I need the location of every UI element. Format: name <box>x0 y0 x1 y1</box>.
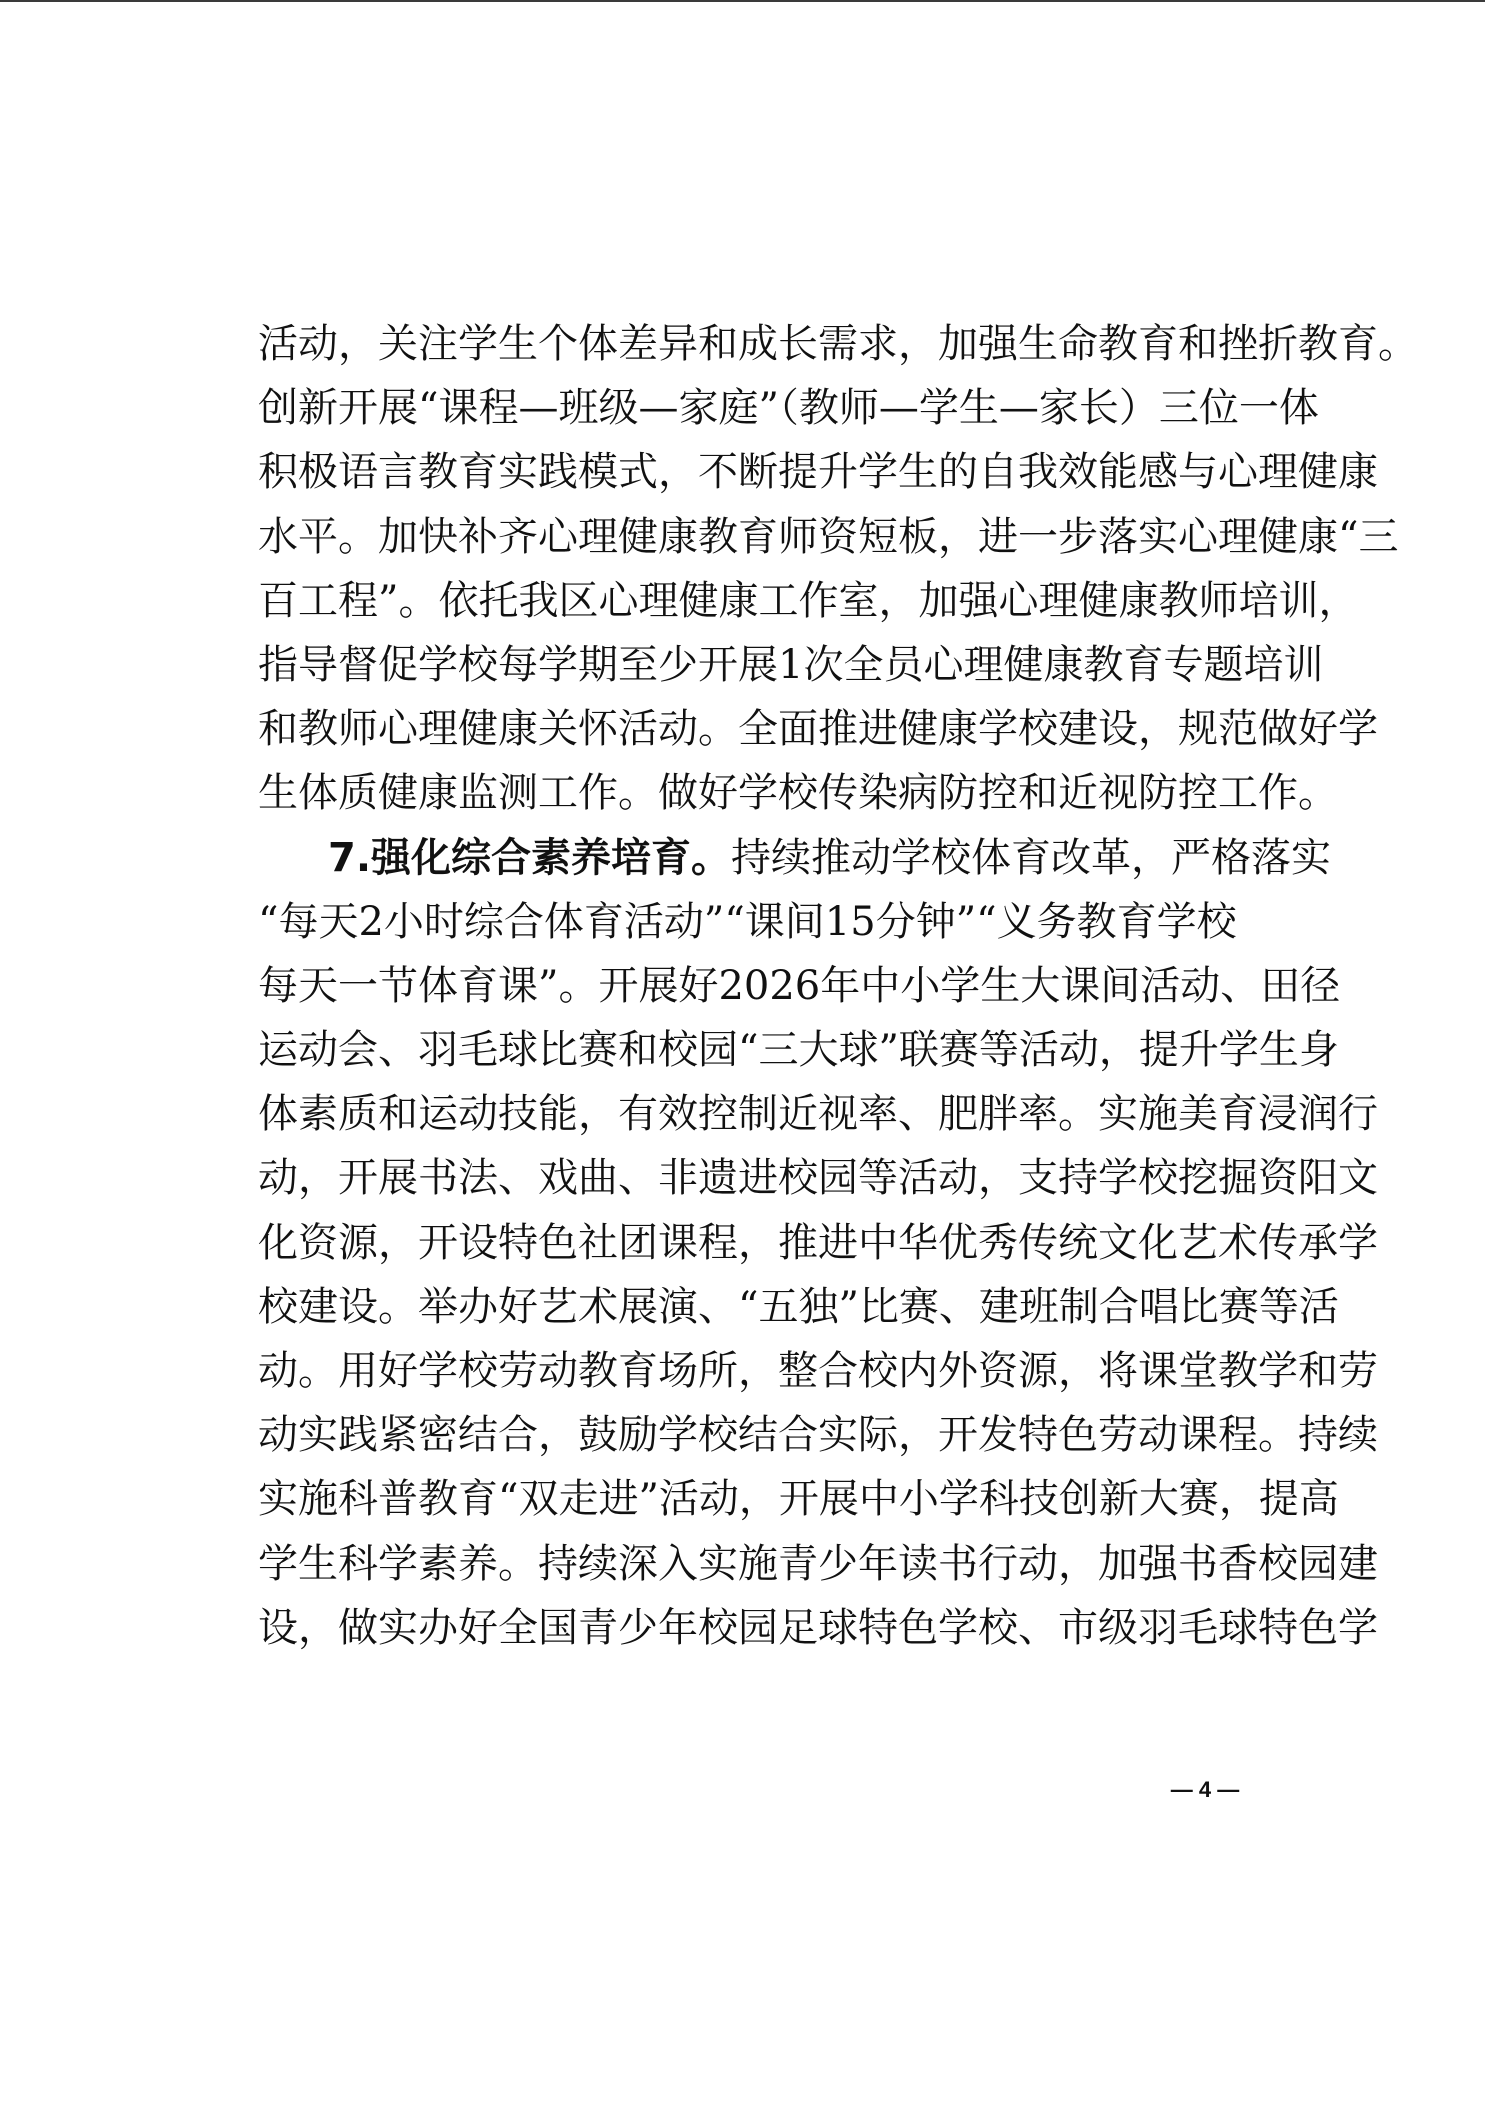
text-line: 动。用好学校劳动教育场所，整合校内外资源，将课堂教学和劳 <box>258 1339 1234 1403</box>
text-line: 体素质和运动技能，有效控制近视率、肥胖率。实施美育浸润行 <box>258 1082 1234 1146</box>
page-number: — 4 — <box>1170 1777 1240 1803</box>
text-line: 指导督促学校每学期至少开展1次全员心理健康教育专题培训 <box>258 633 1234 697</box>
text-line: 创新开展“课程—班级—家庭”（教师—学生—家长）三位一体 <box>258 376 1234 440</box>
heading-line-text: 持续推动学校体育改革，严格落实 <box>731 835 1331 881</box>
text-line: 化资源，开设特色社团课程，推进中华优秀传统文化艺术传承学 <box>258 1211 1234 1275</box>
text-line: 生体质健康监测工作。做好学校传染病防控和近视防控工作。 <box>258 761 1234 825</box>
text-line: 运动会、羽毛球比赛和校园“三大球”联赛等活动，提升学生身 <box>258 1018 1234 1082</box>
text-line: 校建设。举办好艺术展演、“五独”比赛、建班制合唱比赛等活 <box>258 1275 1234 1339</box>
text-line: 设，做实办好全国青少年校园足球特色学校、市级羽毛球特色学 <box>258 1596 1234 1660</box>
paragraph-mental-health: 活动，关注学生个体差异和成长需求，加强生命教育和挫折教育。 创新开展“课程—班级… <box>258 312 1234 826</box>
text-line: 百工程”。依托我区心理健康工作室，加强心理健康教师培训， <box>258 569 1234 633</box>
text-line: 每天一节体育课”。开展好2026年中小学生大课间活动、田径 <box>258 954 1234 1018</box>
text-line: 实施科普教育“双走进”活动，开展中小学科技创新大赛，提高 <box>258 1467 1234 1531</box>
text-line: 活动，关注学生个体差异和成长需求，加强生命教育和挫折教育。 <box>258 312 1234 376</box>
section-heading: 7.强化综合素养培育。 <box>328 835 731 881</box>
text-line: 学生科学素养。持续深入实施青少年读书行动，加强书香校园建 <box>258 1532 1234 1596</box>
text-line: 积极语言教育实践模式，不断提升学生的自我效能感与心理健康 <box>258 440 1234 504</box>
text-line: 和教师心理健康关怀活动。全面推进健康学校建设，规范做好学 <box>258 697 1234 761</box>
text-line: 水平。加快补齐心理健康教育师资短板，进一步落实心理健康“三 <box>258 505 1234 569</box>
document-body: 活动，关注学生个体差异和成长需求，加强生命教育和挫折教育。 创新开展“课程—班级… <box>258 312 1234 1660</box>
paragraph-comprehensive-quality: 7.强化综合素养培育。持续推动学校体育改革，严格落实 “每天2小时综合体育活动”… <box>258 826 1234 1660</box>
page-top-border <box>0 0 1485 2</box>
text-line: 动，开展书法、戏曲、非遗进校园等活动，支持学校挖掘资阳文 <box>258 1146 1234 1210</box>
text-line: 动实践紧密结合，鼓励学校结合实际，开发特色劳动课程。持续 <box>258 1403 1234 1467</box>
section-heading-line: 7.强化综合素养培育。持续推动学校体育改革，严格落实 <box>258 826 1234 890</box>
text-line: “每天2小时综合体育活动”“课间15分钟”“义务教育学校 <box>258 890 1234 954</box>
